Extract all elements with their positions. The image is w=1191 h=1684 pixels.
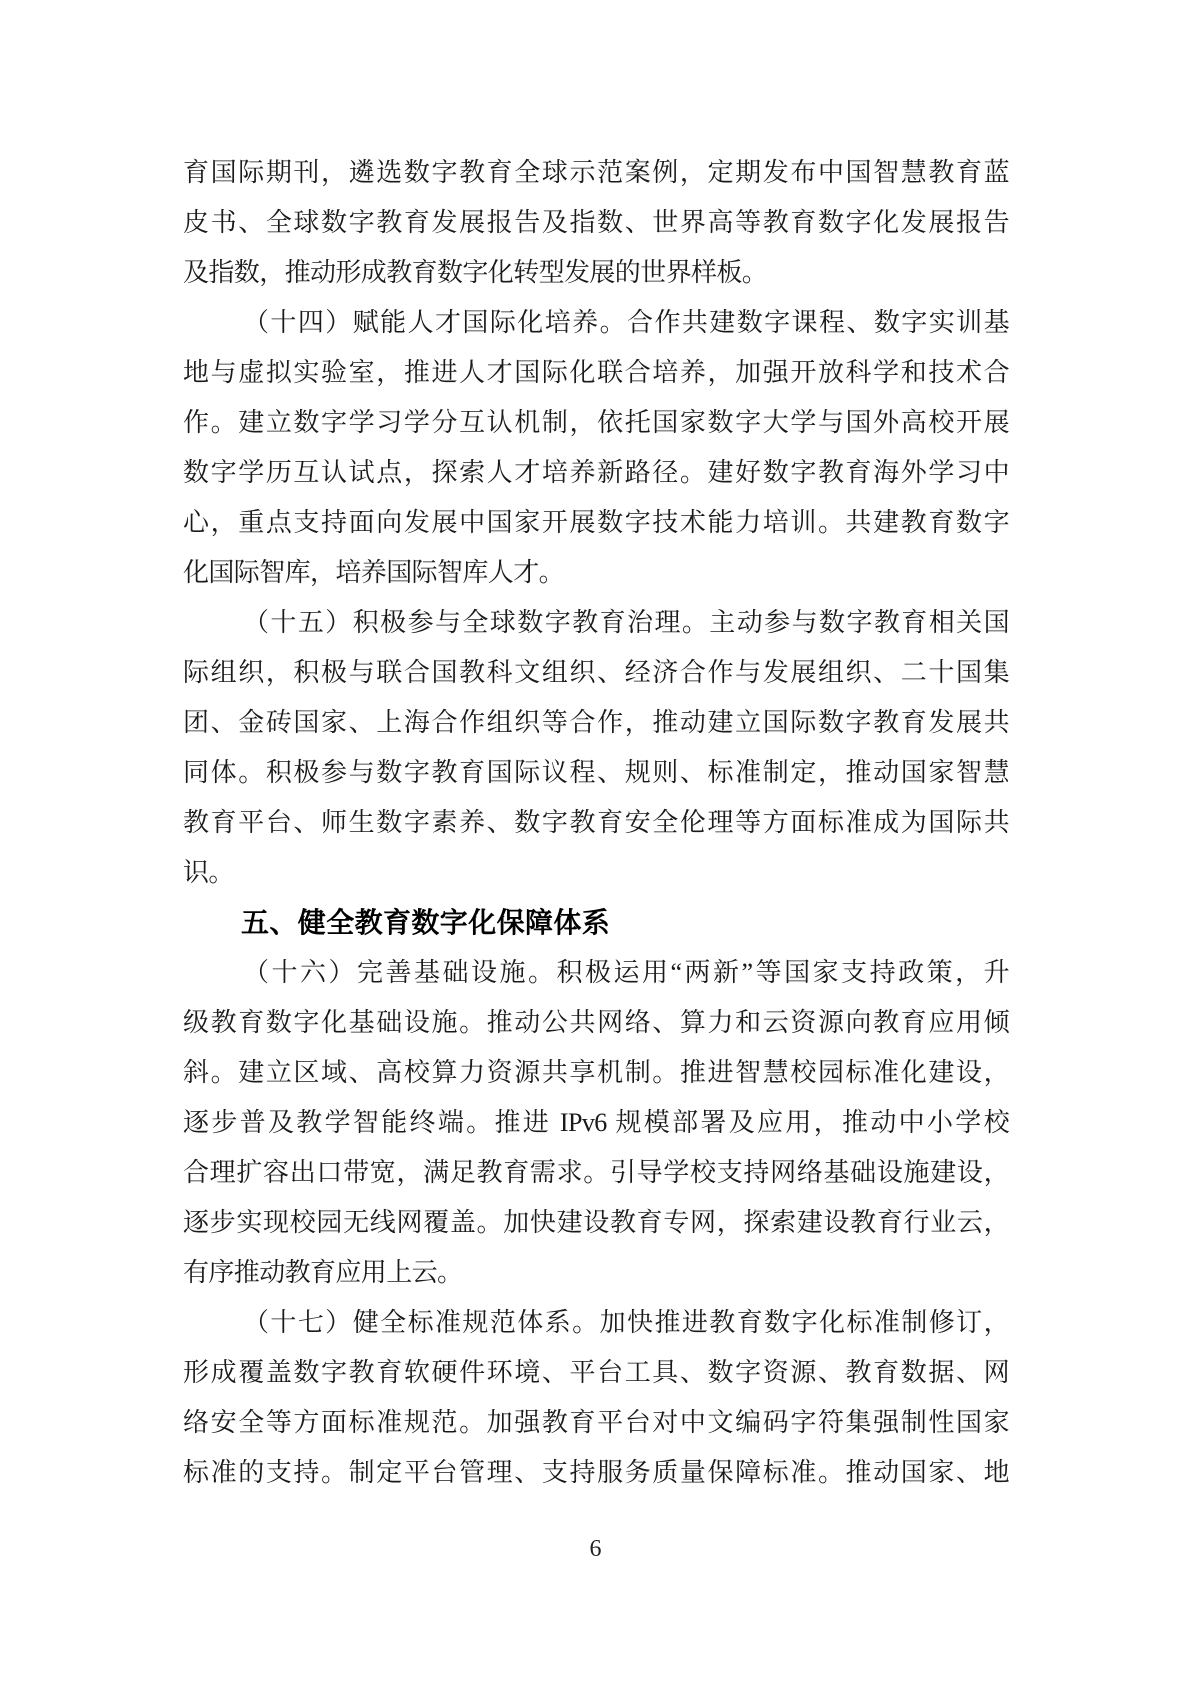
- text-line: 有序推动教育应用上云。: [183, 1248, 1009, 1298]
- text-line: 及指数，推动形成教育数字化转型发展的世界样板。: [183, 248, 1009, 298]
- text-line: 合理扩容出口带宽，满足教育需求。引导学校支持网络基础设施建设，: [183, 1148, 1009, 1198]
- section-heading: 五、健全教育数字化保障体系: [183, 898, 1009, 948]
- text-line: 同体。积极参与数字教育国际议程、规则、标准制定，推动国家智慧: [183, 748, 1009, 798]
- text-line: 数字学历互认试点，探索人才培养新路径。建好数字教育海外学习中: [183, 448, 1009, 498]
- text-line: （十七）健全标准规范体系。加快推进教育数字化标准制修订，: [183, 1298, 1009, 1348]
- text-line: 地与虚拟实验室，推进人才国际化联合培养，加强开放科学和技术合: [183, 348, 1009, 398]
- paragraph: （十六）完善基础设施。积极运用“两新”等国家支持政策，升级教育数字化基础设施。推…: [183, 948, 1009, 1298]
- text-line: 作。建立数字学习学分互认机制，依托国家数字大学与国外高校开展: [183, 398, 1009, 448]
- text-line: （十五）积极参与全球数字教育治理。主动参与数字教育相关国: [183, 598, 1009, 648]
- text-line: 级教育数字化基础设施。推动公共网络、算力和云资源向教育应用倾: [183, 998, 1009, 1048]
- text-line: 际组织，积极与联合国教科文组织、经济合作与发展组织、二十国集: [183, 648, 1009, 698]
- text-line: （十四）赋能人才国际化培养。合作共建数字课程、数字实训基: [183, 298, 1009, 348]
- paragraph: 育国际期刊，遴选数字教育全球示范案例，定期发布中国智慧教育蓝皮书、全球数字教育发…: [183, 148, 1009, 298]
- page-footer: 6: [0, 1536, 1191, 1563]
- text-line: 育国际期刊，遴选数字教育全球示范案例，定期发布中国智慧教育蓝: [183, 148, 1009, 198]
- text-line: 团、金砖国家、上海合作组织等合作，推动建立国际数字教育发展共: [183, 698, 1009, 748]
- page-number: 6: [590, 1536, 602, 1562]
- text-line: 逐步普及教学智能终端。推进 IPv6 规模部署及应用，推动中小学校: [183, 1098, 1009, 1148]
- text-line: 识。: [183, 848, 1009, 898]
- text-line: 形成覆盖数字教育软硬件环境、平台工具、数字资源、教育数据、网: [183, 1348, 1009, 1398]
- text-line: 标准的支持。制定平台管理、支持服务质量保障标准。推动国家、地: [183, 1448, 1009, 1498]
- text-line: 络安全等方面标准规范。加强教育平台对中文编码字符集强制性国家: [183, 1398, 1009, 1448]
- document-page: 育国际期刊，遴选数字教育全球示范案例，定期发布中国智慧教育蓝皮书、全球数字教育发…: [0, 0, 1191, 1684]
- text-line: 斜。建立区域、高校算力资源共享机制。推进智慧校园标准化建设，: [183, 1048, 1009, 1098]
- text-line: （十六）完善基础设施。积极运用“两新”等国家支持政策，升: [183, 948, 1009, 998]
- heading-text-line: 五、健全教育数字化保障体系: [183, 898, 1009, 948]
- text-line: 皮书、全球数字教育发展报告及指数、世界高等教育数字化发展报告: [183, 198, 1009, 248]
- paragraph: （十七）健全标准规范体系。加快推进教育数字化标准制修订，形成覆盖数字教育软硬件环…: [183, 1298, 1009, 1498]
- paragraph: （十五）积极参与全球数字教育治理。主动参与数字教育相关国际组织，积极与联合国教科…: [183, 598, 1009, 898]
- text-line: 逐步实现校园无线网覆盖。加快建设教育专网，探索建设教育行业云，: [183, 1198, 1009, 1248]
- text-line: 化国际智库，培养国际智库人才。: [183, 548, 1009, 598]
- text-line: 心，重点支持面向发展中国家开展数字技术能力培训。共建教育数字: [183, 498, 1009, 548]
- document-body: 育国际期刊，遴选数字教育全球示范案例，定期发布中国智慧教育蓝皮书、全球数字教育发…: [183, 148, 1009, 1498]
- paragraph: （十四）赋能人才国际化培养。合作共建数字课程、数字实训基地与虚拟实验室，推进人才…: [183, 298, 1009, 598]
- text-line: 教育平台、师生数字素养、数字教育安全伦理等方面标准成为国际共: [183, 798, 1009, 848]
